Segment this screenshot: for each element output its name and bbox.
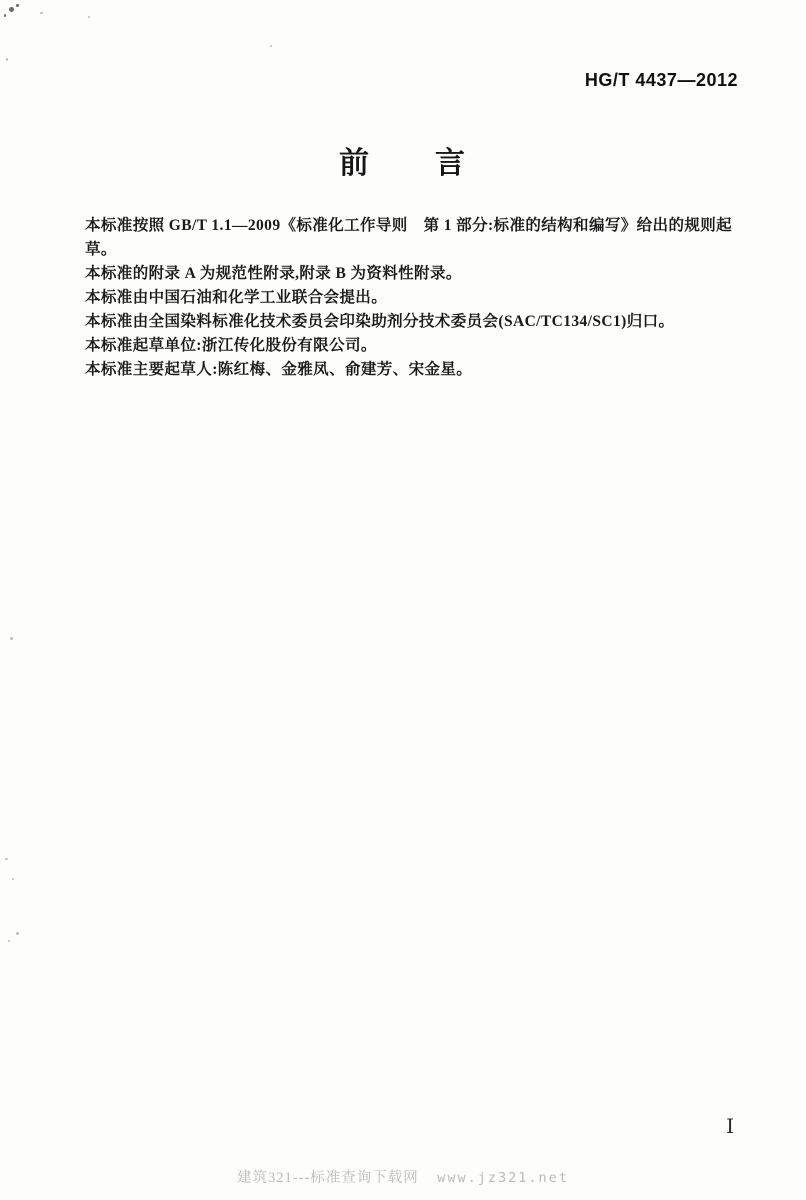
page-number: I (726, 1114, 734, 1138)
scan-speck (88, 16, 90, 18)
scan-speck (12, 878, 14, 880)
standard-number: HG/T 4437—2012 (585, 70, 738, 91)
scan-speck (4, 14, 6, 17)
scan-speck (16, 4, 19, 7)
page-title: 前 言 (0, 138, 806, 182)
watermark-site-name: 建筑321---标准查询下载网 (237, 1170, 419, 1186)
watermark-spacer (419, 1170, 438, 1186)
scan-speck (16, 932, 19, 935)
scan-speck (8, 940, 10, 942)
foreword-paragraph: 本标准起草单位:浙江传化股份有限公司。 (85, 334, 746, 358)
foreword-paragraph: 本标准主要起草人:陈红梅、金雅凤、俞建芳、宋金星。 (85, 358, 746, 382)
foreword-paragraph: 本标准的附录 A 为规范性附录,附录 B 为资料性附录。 (85, 262, 746, 286)
watermark-url: www.jz321.net (437, 1170, 569, 1186)
scan-speck (6, 58, 8, 61)
foreword-paragraph: 本标准按照 GB/T 1.1—2009《标准化工作导则 第 1 部分:标准的结构… (85, 214, 746, 262)
watermark: 建筑321---标准查询下载网 www.jz321.net (0, 1166, 806, 1187)
scan-speck (5, 858, 8, 860)
scan-speck (10, 637, 13, 640)
foreword-paragraph: 本标准由全国染料标准化技术委员会印染助剂分技术委员会(SAC/TC134/SC1… (85, 310, 746, 334)
foreword-body: 本标准按照 GB/T 1.1—2009《标准化工作导则 第 1 部分:标准的结构… (85, 214, 746, 382)
scan-speck (270, 45, 272, 47)
scan-speck (9, 7, 14, 12)
foreword-paragraph: 本标准由中国石油和化学工业联合会提出。 (85, 286, 746, 310)
scan-speck (40, 12, 43, 14)
scanned-document-page: HG/T 4437—2012 前 言 本标准按照 GB/T 1.1—2009《标… (0, 0, 806, 1200)
